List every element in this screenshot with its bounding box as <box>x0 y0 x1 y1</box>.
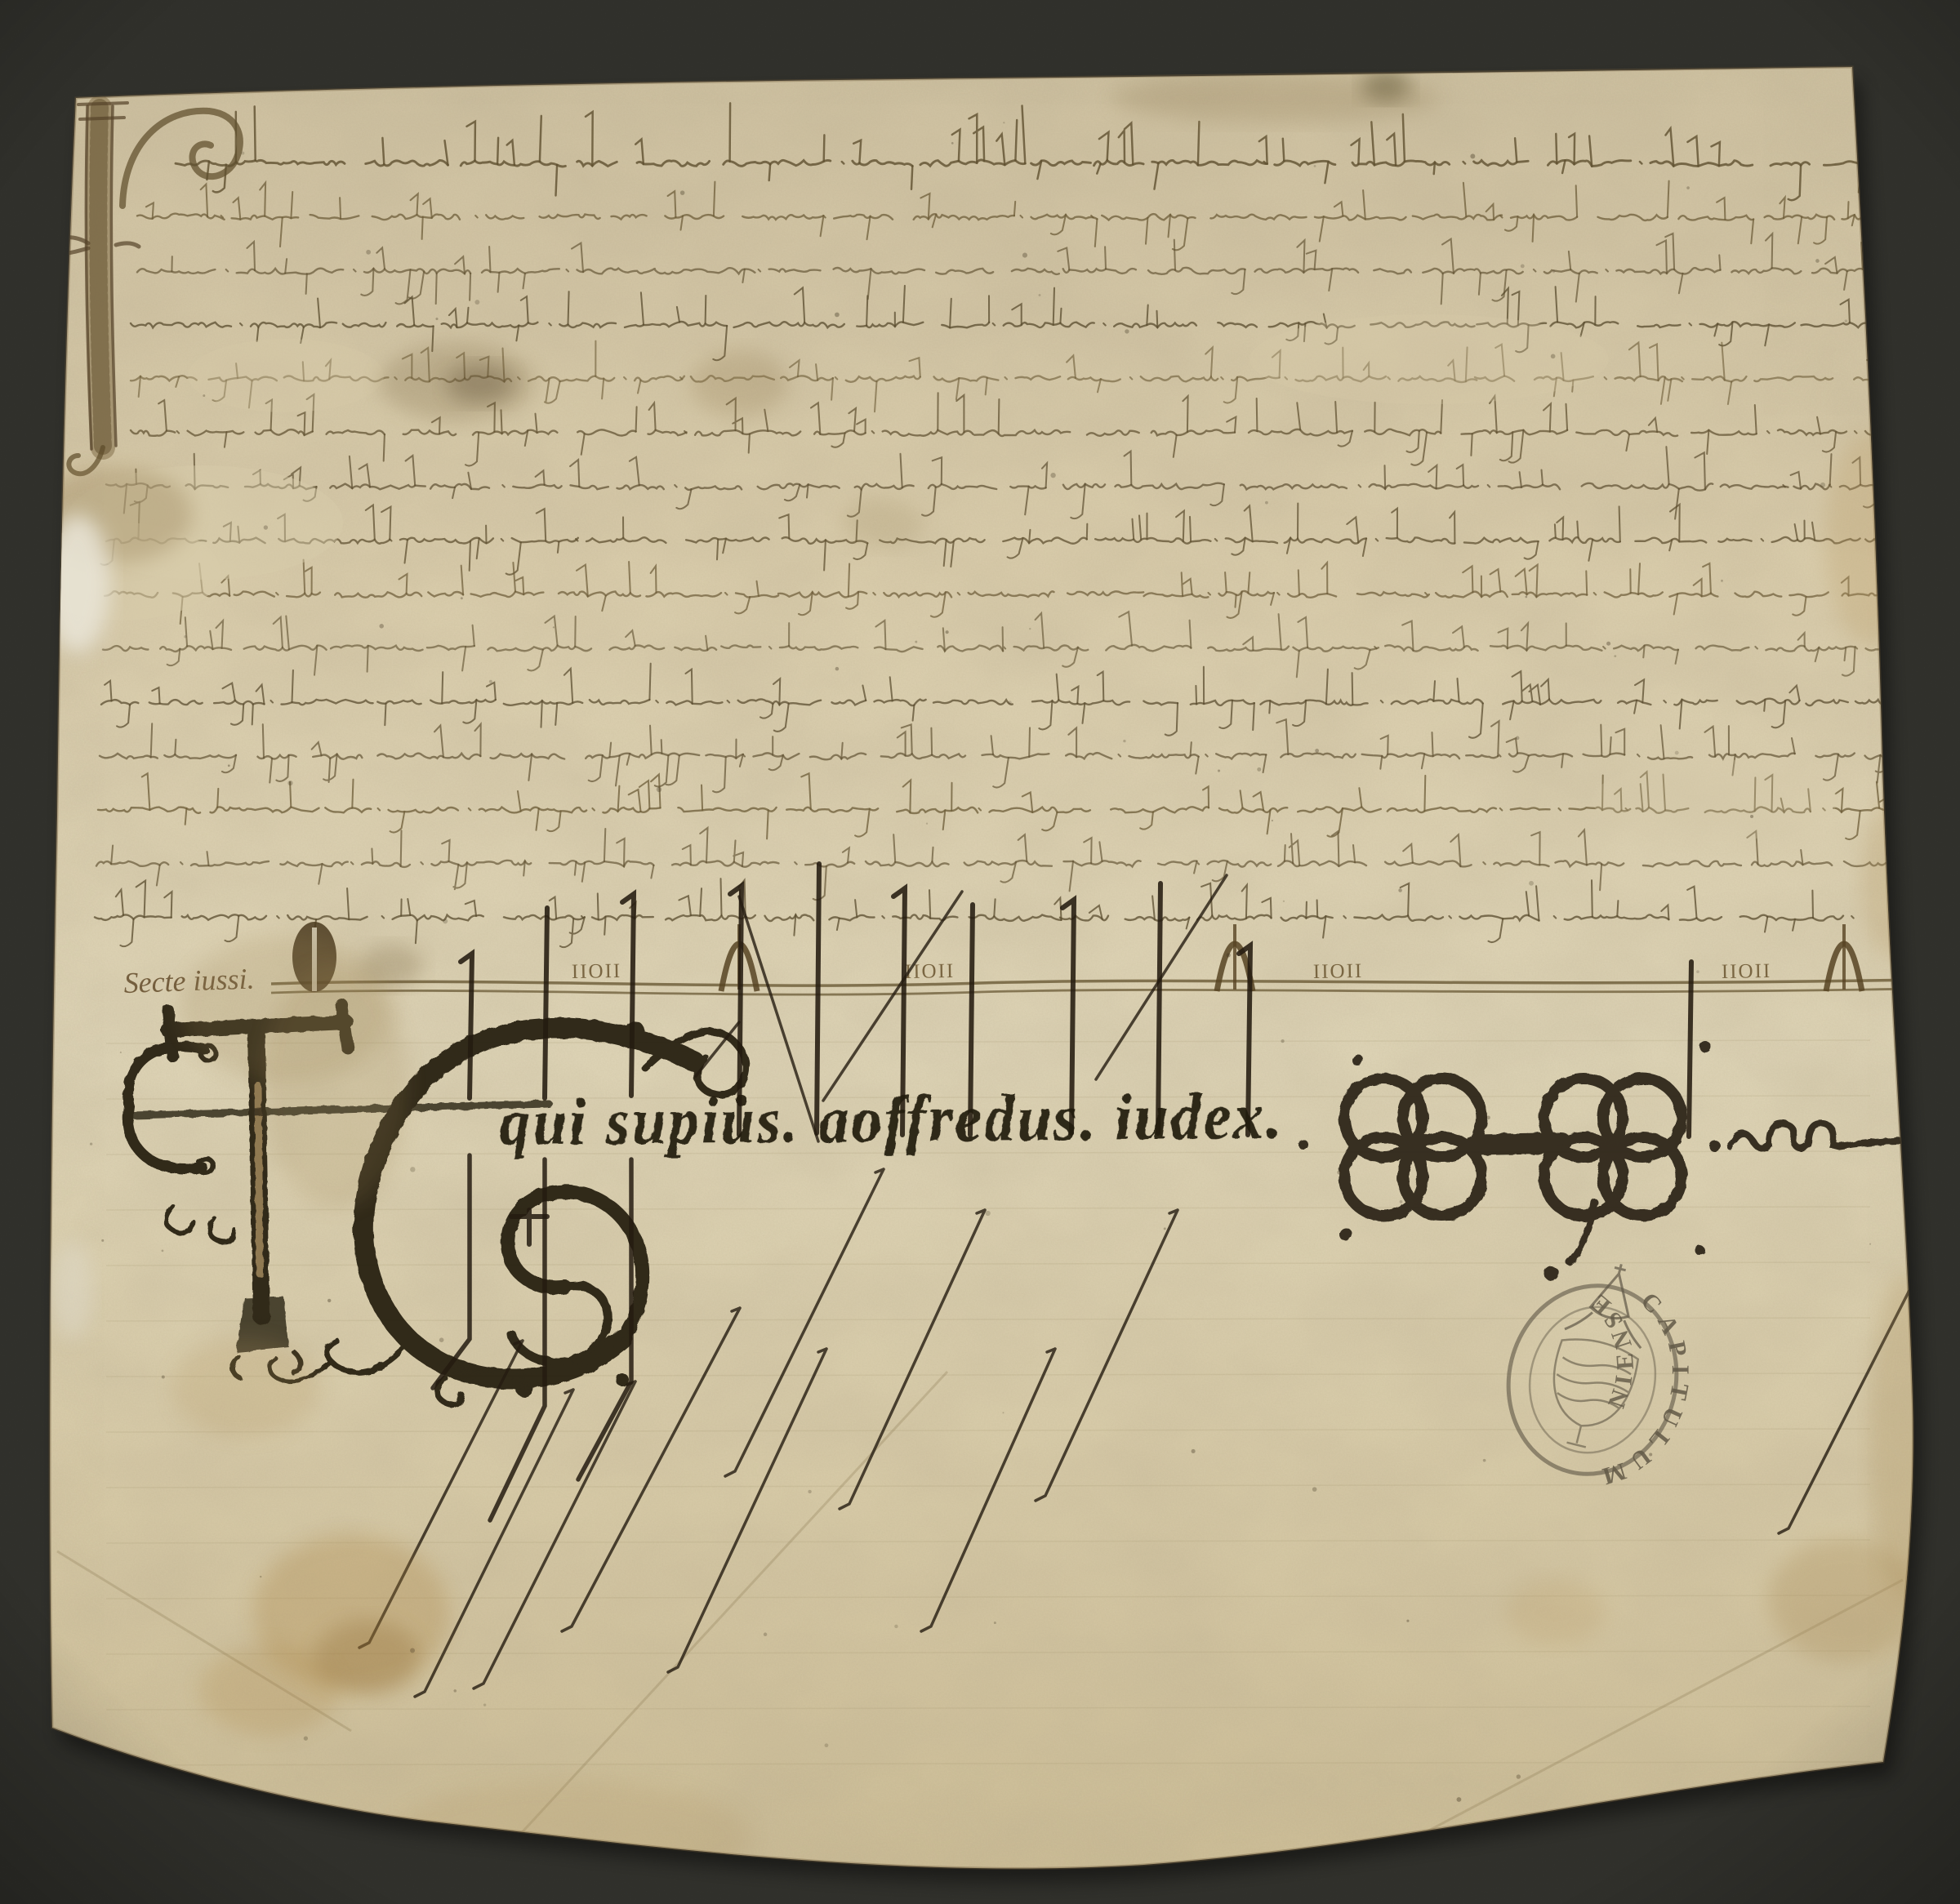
photograph-of-parchment-charter: Secte iussi. IIOIIIIOIIIIOIIIIOII <box>0 0 1960 1904</box>
photo-vignette <box>0 0 1960 1904</box>
